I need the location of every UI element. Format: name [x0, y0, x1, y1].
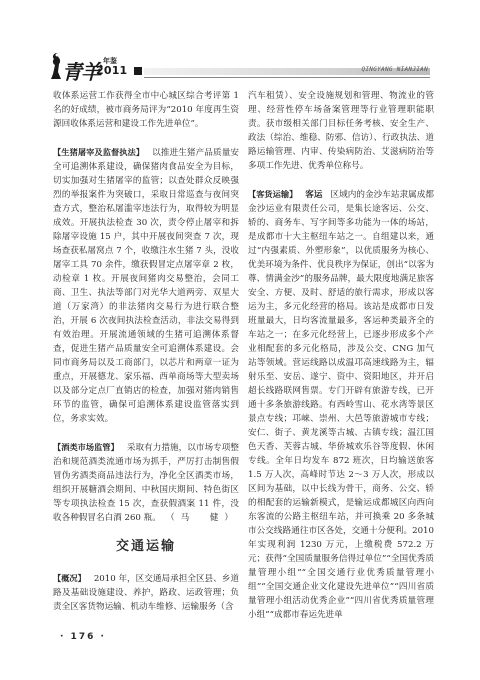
section-label: 【客货运输】 — [248, 189, 297, 199]
paragraph-pig-slaughter: 【生猪屠宰及监督执法】以推进生猪产品质量安全可追溯体系建设，确保猪肉食品安全为目… — [53, 145, 239, 426]
logo-year: 2011 — [96, 64, 127, 77]
left-column: 收体系运营工作获得全市中心城区综合考评第 1 名的好成绩，被市商务局评为“201… — [53, 89, 239, 614]
dancer-figure-icon — [50, 52, 62, 80]
page-header: 青羊 年鉴 2011 QINGYANG NIANJIAN — [50, 50, 430, 84]
paragraph-overview: 【概况】2010 年，区交通局承担全区县、乡道路及基础设施建设、养护，路政、运政… — [53, 571, 239, 614]
header-rule — [144, 77, 430, 78]
paragraph-text: 以推进生猪产品质量安全可追溯体系建设，确保猪肉食品安全为目标，切实加强对生猪屠宰… — [53, 148, 239, 424]
paragraph-text: 区域内的金沙车站隶属成都金沙运业有限责任公司，是集长途客运、公交、轿的、商务车、… — [248, 190, 434, 620]
header-right-text: QINGYANG NIANJIAN — [361, 66, 428, 73]
section-label: 【酒类市场监管】 — [53, 442, 119, 452]
author: （马 健） — [166, 511, 239, 525]
section-label: 【概况】 — [53, 573, 86, 583]
paragraph: 收体系运营工作获得全市中心城区综合考评第 1 名的好成绩，被市商务局评为“201… — [53, 89, 239, 131]
paragraph-liquor-market: 【酒类市场监管】采取有力措施，以市场专项整治和规范酒类流通市场为抓手，严厉打击制… — [53, 440, 239, 525]
square-mark-icon — [134, 67, 142, 75]
sub-label: 客运 — [305, 190, 322, 200]
section-label: 【生猪屠宰及监督执法】 — [53, 147, 144, 157]
paragraph-transport: 【客货运输】客运区域内的金沙车站隶属成都金沙运业有限责任公司，是集长途客运、公交… — [248, 187, 434, 622]
paragraph: 汽车租赁）、安全设施规划和管理、物流业的管理、经营性停车场备案管理等行业管理职能… — [248, 89, 434, 173]
logo-script: 青羊 — [62, 56, 100, 85]
section-title: 交通运输 — [53, 537, 239, 557]
right-column: 汽车租赁）、安全设施规划和管理、物流业的管理、经营性停车场备案管理等行业管理职能… — [248, 89, 434, 622]
page-number: · 176 · — [60, 632, 106, 642]
